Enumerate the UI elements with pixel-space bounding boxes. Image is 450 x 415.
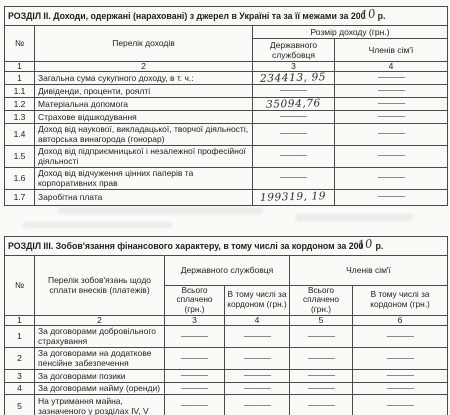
row-label: Дивіденди, проценти, роялті	[35, 84, 253, 97]
section2-col-list-header: Перелік доходів	[35, 25, 253, 61]
row-no: 1	[5, 325, 35, 347]
family-paid-handwritten: —	[306, 401, 336, 412]
colnum: 2	[35, 61, 253, 71]
income-row: 1.6 Доход від відчуження цінних паперів …	[5, 167, 448, 189]
section3-col-paid-header: Всього сплачено (грн.)	[165, 285, 225, 315]
family-abroad-handwritten: —	[385, 383, 415, 394]
section3-col-family-header: Членів сім'ї	[290, 255, 448, 285]
family-value-handwritten: —	[376, 151, 406, 162]
scanned-declaration-page: РОЗДІЛ II. Доходи, одержані (нараховані)…	[0, 0, 450, 415]
family-abroad-handwritten: —	[385, 401, 415, 412]
civil-value-handwritten: —	[278, 86, 308, 97]
row-no: 1.3	[5, 110, 35, 123]
civil-abroad-handwritten: —	[242, 371, 272, 382]
family-paid-handwritten: —	[306, 354, 336, 365]
row-label: За договорами найму (оренди)	[35, 382, 165, 395]
row-label: Доход від наукової, викладацької, творчо…	[35, 123, 253, 145]
section2-title-row: РОЗДІЛ II. Доходи, одержані (нараховані)…	[5, 7, 448, 26]
row-no: 4	[5, 382, 35, 395]
row-label: Матеріальна допомога	[35, 97, 253, 110]
row-label: За договорами добровільного страхування	[35, 325, 165, 347]
obligation-row: 5 На утримання майна, зазначеного у розд…	[5, 395, 448, 415]
colnum: 3	[253, 61, 335, 71]
civil-value-handwritten: —	[278, 129, 308, 140]
colnum: 1	[5, 315, 35, 325]
section2-income-table: РОЗДІЛ II. Доходи, одержані (нараховані)…	[4, 6, 448, 206]
row-no: 2	[5, 347, 35, 369]
bleed-through-artifact	[22, 222, 172, 228]
section3-title-text: РОЗДІЛ III. Зобов'язання фінансового хар…	[8, 241, 363, 251]
family-paid-handwritten: —	[306, 383, 336, 394]
family-value-handwritten: —	[376, 129, 406, 140]
section2-title: РОЗДІЛ II. Доходи, одержані (нараховані)…	[5, 7, 448, 26]
section3-year-handwritten: 10	[357, 237, 373, 252]
family-value-handwritten: —	[376, 86, 406, 97]
section2-col-size-header: Розмір доходу (грн.)	[253, 25, 448, 38]
family-value-handwritten: —	[376, 73, 406, 84]
row-no: 1.7	[5, 189, 35, 205]
section3-obligations-table: РОЗДІЛ III. Зобов'язання фінансового хар…	[4, 236, 448, 415]
colnum: 5	[290, 315, 353, 325]
civil-paid-handwritten: —	[179, 332, 209, 343]
colnum: 2	[35, 315, 165, 325]
civil-value-handwritten: —	[278, 173, 308, 184]
family-value-handwritten: —	[376, 173, 406, 184]
civil-paid-handwritten: —	[179, 371, 209, 382]
bleed-through-artifact	[295, 214, 413, 221]
row-no: 1.6	[5, 167, 35, 189]
colnum: 3	[165, 315, 225, 325]
section2-header-row-1: № Перелік доходів Розмір доходу (грн.)	[5, 25, 448, 38]
row-no: 1.5	[5, 145, 35, 167]
section3-col-abroad-header: В тому числі за кордоном (грн.)	[353, 285, 448, 315]
row-label: За договорами позики	[35, 369, 165, 382]
civil-abroad-handwritten: —	[242, 383, 272, 394]
civil-value-handwritten: —	[278, 151, 308, 162]
colnum: 1	[5, 61, 35, 71]
row-no: 5	[5, 395, 35, 415]
civil-value-handwritten: —	[278, 112, 308, 123]
civil-value-handwritten: 35094,76	[266, 97, 321, 110]
family-abroad-handwritten: —	[385, 371, 415, 382]
civil-value-handwritten: 199319, 19	[260, 190, 326, 204]
row-label: Доход від підприємницької і незалежної п…	[35, 145, 253, 167]
family-value-handwritten: —	[376, 99, 406, 110]
row-no: 1.4	[5, 123, 35, 145]
bleed-through-artifact	[58, 207, 263, 214]
section2-year-handwritten: 10	[360, 7, 376, 22]
section3-col-list-header: Перелік зобов'язань щодо сплати внесків …	[35, 255, 165, 315]
section2-col-family-header: Членів сім'ї	[335, 38, 448, 61]
family-paid-handwritten: —	[306, 371, 336, 382]
colnum: 4	[335, 61, 448, 71]
row-label: Заробітна плата	[35, 189, 253, 205]
income-row: 1.4 Доход від наукової, викладацької, тв…	[5, 123, 448, 145]
row-label: На утримання майна, зазначеного у розділ…	[35, 395, 165, 415]
obligation-row: 3 За договорами позики — — — —	[5, 369, 448, 382]
section3-title-suffix: р.	[373, 241, 383, 251]
section3-col-civil-header: Державного службовця	[165, 255, 290, 285]
section2-colnum-row: 1 2 3 4	[5, 61, 448, 71]
family-abroad-handwritten: —	[385, 354, 415, 365]
row-no: 1	[5, 71, 35, 84]
family-abroad-handwritten: —	[385, 332, 415, 343]
row-label: Загальна сума сукупного доходу, в т. ч.:	[35, 71, 253, 84]
income-row: 1 Загальна сума сукупного доходу, в т. ч…	[5, 71, 448, 84]
obligation-row: 2 За договорами на додаткове пенсійне за…	[5, 347, 448, 369]
family-value-handwritten: —	[376, 112, 406, 123]
income-row: 1.2 Матеріальна допомога 35094,76 —	[5, 97, 448, 110]
row-label: За договорами на додаткове пенсійне забе…	[35, 347, 165, 369]
income-row: 1.3 Страхове відшкодування — —	[5, 110, 448, 123]
civil-paid-handwritten: —	[179, 383, 209, 394]
section2-col-civil-header: Державного службовця	[253, 38, 335, 61]
section3-col-paid-header: Всього сплачено (грн.)	[290, 285, 353, 315]
civil-paid-handwritten: —	[179, 401, 209, 412]
row-no: 1.2	[5, 97, 35, 110]
family-paid-handwritten: —	[306, 332, 336, 343]
obligation-row: 1 За договорами добровільного страхуванн…	[5, 325, 448, 347]
income-row: 1.7 Заробітна плата 199319, 19 —	[5, 189, 448, 205]
section3-col-abroad-header: В тому числі за кордоном (грн.)	[225, 285, 290, 315]
row-label: Доход від відчуження цінних паперів та к…	[35, 167, 253, 189]
section2-title-suffix: р.	[375, 11, 385, 21]
family-value-handwritten: —	[376, 192, 406, 203]
civil-paid-handwritten: —	[179, 354, 209, 365]
section3-col-no-header: №	[5, 255, 35, 315]
row-no: 3	[5, 369, 35, 382]
civil-value-handwritten: 234413, 95	[260, 71, 326, 84]
section3-title-row: РОЗДІЛ III. Зобов'язання фінансового хар…	[5, 237, 448, 256]
row-label: Страхове відшкодування	[35, 110, 253, 123]
obligation-row: 4 За договорами найму (оренди) — — — —	[5, 382, 448, 395]
civil-abroad-handwritten: —	[242, 332, 272, 343]
section2-title-text: РОЗДІЛ II. Доходи, одержані (нараховані)…	[8, 11, 366, 21]
row-no: 1.1	[5, 84, 35, 97]
civil-abroad-handwritten: —	[242, 354, 272, 365]
colnum: 6	[353, 315, 448, 325]
civil-abroad-handwritten: —	[242, 401, 272, 412]
income-row: 1.1 Дивіденди, проценти, роялті — —	[5, 84, 448, 97]
income-row: 1.5 Доход від підприємницької і незалежн…	[5, 145, 448, 167]
colnum: 4	[225, 315, 290, 325]
section3-title: РОЗДІЛ III. Зобов'язання фінансового хар…	[5, 237, 448, 256]
section3-colnum-row: 1 2 3 4 5 6	[5, 315, 448, 325]
section2-col-no-header: №	[5, 25, 35, 61]
section3-header-row-1: № Перелік зобов'язань щодо сплати внескі…	[5, 255, 448, 285]
